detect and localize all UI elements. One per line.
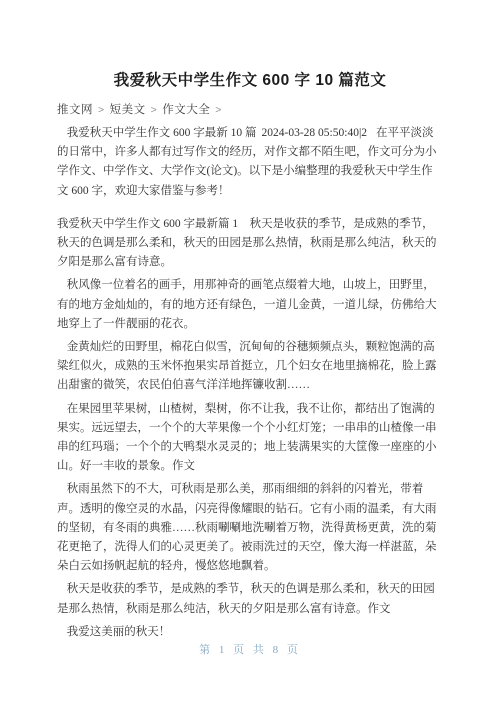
breadcrumb: 推文网>短美文>作文大全> [57, 101, 443, 117]
essay-paragraph: 在果园里苹果树，山楂树，梨树，你不让我，我不让你，都结出了饱满的果实。远远望去，… [57, 400, 444, 477]
breadcrumb-link-category[interactable]: 作文大全 [162, 104, 210, 116]
page-title: 我爱秋天中学生作文 600 字 10 篇范文 [0, 0, 500, 92]
doc-label: 我爱秋天中学生作文 600 字最新 10 篇 [67, 127, 257, 139]
intro-paragraph: 我爱秋天中学生作文 600 字最新 10 篇2024-03-28 05:50:4… [57, 124, 444, 201]
page-number-indicator: 第 1 页 共 8 页 [0, 641, 500, 657]
breadcrumb-separator-icon: > [215, 104, 222, 116]
essay-paragraph: 秋雨虽然下的不大，可秋雨是那么美，那雨细细的斜斜的闪着光，带着声。透明的像空灵的… [57, 480, 444, 576]
document-page: 我爱秋天中学生作文 600 字 10 篇范文 推文网>短美文>作文大全> 我爱秋… [0, 0, 500, 707]
essay-paragraph: 我爱这美丽的秋天！ [57, 623, 444, 642]
essay-paragraph: 金黄灿烂的田野里，棉花白似雪，沉甸甸的谷穗频频点头，颗粒饱满的高粱红似火，成熟的… [57, 338, 444, 396]
essay-paragraph: 秋风像一位着名的画手，用那神奇的画笔点缀着大地，山坡上，田野里，有的地方金灿灿的… [57, 276, 444, 334]
article-body: 我爱秋天中学生作文 600 字最新 10 篇2024-03-28 05:50:4… [57, 124, 444, 642]
breadcrumb-link-section[interactable]: 短美文 [110, 104, 146, 116]
breadcrumb-link-site[interactable]: 推文网 [57, 104, 93, 116]
essay-paragraph: 秋天是收获的季节，是成熟的季节，秋天的色调是那么柔和，秋天的田园是那么热情，秋雨… [57, 580, 444, 618]
breadcrumb-separator-icon: > [151, 104, 158, 116]
doc-datetime: 2024-03-28 05:50:40|2 [262, 127, 367, 139]
essay-paragraph: 我爱秋天中学生作文 600 字最新篇 1 秋天是收获的季节，是成熟的季节，秋天的… [57, 215, 444, 273]
breadcrumb-separator-icon: > [98, 104, 105, 116]
